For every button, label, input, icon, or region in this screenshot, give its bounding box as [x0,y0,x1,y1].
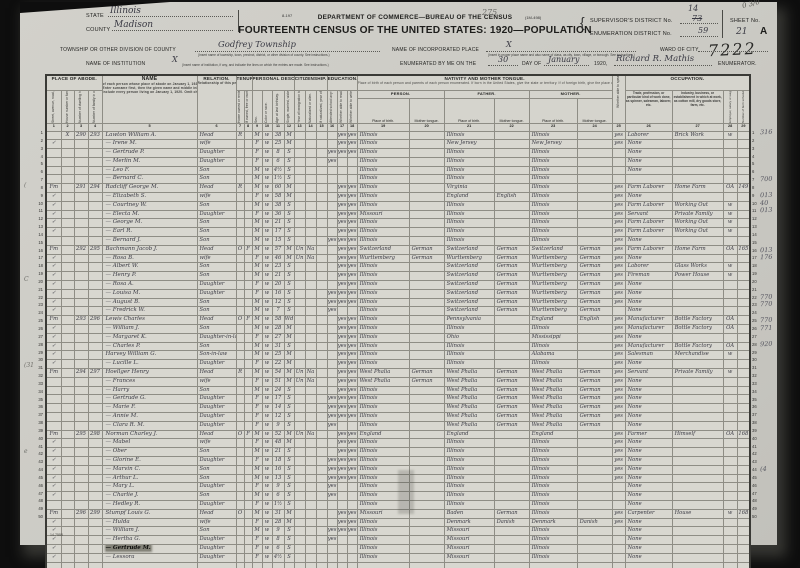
cell [409,483,444,492]
sup-rule [680,23,718,24]
cell: — Hedley R. [102,500,197,509]
cell: F [252,395,262,404]
cell [409,492,444,501]
row-number: 28 [34,341,43,349]
cell: M [252,448,262,457]
cell: 38 [272,131,284,140]
cell: S [284,483,294,492]
cell [236,307,244,316]
margin-note: 316 [760,128,773,136]
cell: 20 [272,281,284,290]
cell [294,281,305,290]
cell: S [284,500,294,509]
cell: Pennsylvania [444,316,494,325]
cell: Daughter [197,404,236,413]
table-row: — Annie M.DaughterFw12SyesyesyesIllinois… [46,413,750,422]
cell: German [577,289,612,298]
cell: M [252,351,262,360]
cell: None [625,289,672,298]
cell [723,536,737,545]
cell: Daughter [197,289,236,298]
cell: German [494,289,529,298]
cell: yes [337,140,347,149]
incplace-label: NAME OF INCORPORATED PLACE [392,47,479,53]
cell [305,351,316,360]
cell [236,544,244,553]
cell: F [252,518,262,527]
cell: Illinois [529,456,577,465]
cell: 291 [74,184,88,193]
cell: West Phalia [529,413,577,422]
cell: ✓ [46,439,61,448]
cell [723,474,737,483]
row-number: 10 [34,200,43,208]
cell [61,483,74,492]
county-value: Madison [114,20,153,30]
cell [305,140,316,149]
cell [494,536,529,545]
cell [305,342,316,351]
cell [294,456,305,465]
cell: w [262,413,272,422]
row-number: 45 [752,474,761,482]
cell: F [252,404,262,413]
table-row: ✓— Courtney W.SonMw38SyesyesIllinoisIlli… [46,201,750,210]
cell: yes [612,342,625,351]
cell: M [252,298,262,307]
cell [236,325,244,334]
cell [244,492,252,501]
cell: M [284,131,294,140]
cell: Daughter [197,360,236,369]
cell [723,254,737,263]
cell [294,342,305,351]
cell [327,448,337,457]
cell [327,140,337,149]
cell [244,474,252,483]
cell [327,175,337,184]
cell: Son [197,492,236,501]
cell [244,237,252,246]
table-row: — Gertrude G.DaughterFw17SyesyesyesIllin… [46,395,750,404]
cell [244,369,252,378]
cell [244,377,252,386]
cell [723,386,737,395]
row-number: 15 [34,239,43,247]
cell: yes [347,386,357,395]
cell [74,562,88,568]
row-number: 16 [34,247,43,255]
cell [294,193,305,202]
table-row: ✓— William J.SonMw28MyesyesIllinoisIllin… [46,325,750,334]
cell [409,184,444,193]
cell: West Phalia [444,413,494,422]
cell: 16 [272,465,284,474]
pencil-mark: e [24,448,28,455]
cell [737,421,750,430]
cell: yes [337,201,347,210]
cell [494,553,529,562]
cell: 14 [272,404,284,413]
cell: F [252,210,262,219]
cell: German [577,245,612,254]
cell: F [252,333,262,342]
cell: German [409,369,444,378]
cell [737,474,750,483]
cell: yes [337,518,347,527]
cell [294,316,305,325]
cell [74,298,88,307]
row-number: 36 [34,403,43,411]
cell: yes [327,307,337,316]
supervisor-district-new: 14 [688,4,698,13]
cell: M [284,140,294,149]
cell: Switzerland [444,281,494,290]
cell [737,562,750,568]
cell: yes [347,369,357,378]
cell: German [494,245,529,254]
cell: Illinois [529,527,577,536]
cell [327,430,337,439]
cell: 36 [272,210,284,219]
cell: w [723,201,737,210]
cell [46,413,61,422]
cell: M [252,175,262,184]
cell [409,157,444,166]
cell: 4½ [272,166,284,175]
cell: None [625,448,672,457]
cell: M [284,325,294,334]
cell [244,210,252,219]
cell: None [625,333,672,342]
cell [494,175,529,184]
state-label: STATE [86,13,104,19]
cell: Illinois [444,483,494,492]
cell [236,140,244,149]
cell [88,166,102,175]
cell: M [284,360,294,369]
cell: M [252,245,262,254]
cell: Illinois [529,492,577,501]
year-label: 1920, [594,61,608,67]
cell [305,175,316,184]
cell [577,483,612,492]
cell [723,166,737,175]
margin-note: 700 [760,175,773,183]
cell [316,430,327,439]
cell [577,527,612,536]
row-number: 48 [34,497,43,505]
cell: S [284,201,294,210]
pencil-mark: (31 [24,362,34,369]
cell [88,492,102,501]
cell [494,237,529,246]
cell [409,509,444,518]
cell: Daughter [197,395,236,404]
cell: Illinois [444,448,494,457]
cell [316,456,327,465]
cell: w [262,228,272,237]
cell [244,263,252,272]
row-number: 39 [752,427,761,435]
cell [672,175,723,184]
cell [494,131,529,140]
cell: yes [612,245,625,254]
cell [294,386,305,395]
cell: w [723,509,737,518]
cell: S [284,536,294,545]
cell [88,421,102,430]
cell [88,413,102,422]
table-row: Fm294297Hoellger HenryHeadRMw54MUnNayesy… [46,369,750,378]
cell [46,395,61,404]
cell: Laborer [625,131,672,140]
cell: F [252,377,262,386]
cell: None [625,166,672,175]
cell: S [284,421,294,430]
sheet-value: 21 [736,27,747,37]
cell [236,518,244,527]
cell: yes [612,219,625,228]
cell [316,281,327,290]
cell: Illinois [357,272,409,281]
cell [294,465,305,474]
cell: yes [347,149,357,158]
cell [88,175,102,184]
cell: yes [347,404,357,413]
cell [409,413,444,422]
cell [244,333,252,342]
cell [244,413,252,422]
cell: Switzerland [444,245,494,254]
row-number: 35 [34,396,43,404]
cell [74,360,88,369]
cell: w [262,298,272,307]
cell [236,272,244,281]
cell: Son [197,228,236,237]
cell: F [244,316,252,325]
cell: w [262,281,272,290]
cell: ✓ [46,263,61,272]
cell: Illinois [444,237,494,246]
row-number: 5 [752,160,761,168]
cell: yes [347,360,357,369]
cell [244,131,252,140]
cell [88,439,102,448]
cell: — Bernard C. [102,175,197,184]
cell: Switzerland [444,272,494,281]
cell [61,184,74,193]
cell: w [723,351,737,360]
row-number: 19 [34,270,43,278]
cell [88,237,102,246]
cell: O [236,245,244,254]
cell [46,166,61,175]
row-number: 21 [34,286,43,294]
cell: yes [347,254,357,263]
cell [612,536,625,545]
cell: 57 [272,245,284,254]
cell: Wurttemberg [529,298,577,307]
cell: M [284,439,294,448]
cell [737,518,750,527]
cell: Un [294,430,305,439]
cell [737,500,750,509]
cell: yes [337,413,347,422]
cell: Illinois [357,439,409,448]
cell [723,500,737,509]
cell [236,465,244,474]
cell: ✓ [46,474,61,483]
cell [305,483,316,492]
cell [236,386,244,395]
institution-label: NAME OF INSTITUTION [86,61,145,67]
cell: F [252,140,262,149]
cell [61,245,74,254]
cell [409,430,444,439]
row-number: 34 [752,388,761,396]
cell: M [284,245,294,254]
cell: F [252,456,262,465]
cell [244,307,252,316]
cell [737,263,750,272]
cell: yes [337,131,347,140]
cell: w [262,175,272,184]
cell [236,562,244,568]
cell [236,500,244,509]
cell [409,518,444,527]
cell: None [625,500,672,509]
cell [61,492,74,501]
row-number: 31 [752,364,761,372]
cell [409,395,444,404]
cell [494,149,529,158]
cell [327,439,337,448]
table-row: ✓Harvey William G.Son-in-lawMw25MyesyesI… [46,351,750,360]
cell: Illinois [357,456,409,465]
cell [46,500,61,509]
cell [74,228,88,237]
cell [737,237,750,246]
cell [236,166,244,175]
cell: West Phalia [529,421,577,430]
cell: Illinois [357,219,409,228]
cell [612,544,625,553]
cell [236,228,244,237]
cell: yes [327,456,337,465]
cell: German [577,298,612,307]
cell: — Merlin M. [102,157,197,166]
cell [305,219,316,228]
cell [294,149,305,158]
cell: Fm [46,509,61,518]
cell: wife [197,254,236,263]
cell [316,210,327,219]
cell [672,333,723,342]
cell: Head [197,509,236,518]
row-number: 42 [752,450,761,458]
cell [74,439,88,448]
cell [337,483,347,492]
cell [577,562,612,568]
cell: Illinois [444,360,494,369]
cell: M [252,492,262,501]
cell [672,157,723,166]
cell [409,298,444,307]
cell: 17 [272,395,284,404]
margin-note: 920 [760,339,773,347]
cell [409,140,444,149]
cell: M [252,465,262,474]
cell: Illinois [444,131,494,140]
cell: Na [305,377,316,386]
cell: Illinois [444,219,494,228]
cell: S [284,456,294,465]
cell: Harvey William G. [102,351,197,360]
cell: Illinois [357,536,409,545]
cell [88,333,102,342]
cell [347,544,357,553]
cell: yes [612,263,625,272]
cell: yes [337,219,347,228]
cell [244,281,252,290]
cell: 48 [272,439,284,448]
cell: w [262,149,272,158]
cell: M [252,342,262,351]
cell: yes [337,325,347,334]
cell: — Marie F. [102,404,197,413]
cell [236,289,244,298]
cell [347,166,357,175]
cell [316,272,327,281]
cell: Salesman [625,351,672,360]
cell: German [577,263,612,272]
cell [305,456,316,465]
row-number: 14 [34,231,43,239]
cell: Illinois [529,149,577,158]
cell: yes [347,509,357,518]
cell: Un [294,369,305,378]
cell: England [444,430,494,439]
cell: Illinois [529,500,577,509]
cell: M [252,369,262,378]
row-number: 41 [34,443,43,451]
cell [737,140,750,149]
cell [74,289,88,298]
cell [316,553,327,562]
cell: Son [197,307,236,316]
cell: M [252,316,262,325]
cell [88,219,102,228]
cell [244,254,252,263]
cell [294,536,305,545]
cell [409,228,444,237]
cell [494,500,529,509]
row-number: 24 [34,309,43,317]
cell [316,254,327,263]
cell [236,421,244,430]
cell: None [625,157,672,166]
cell [737,465,750,474]
table-row: ✓— Rosa B.wifeFw46MUnNayesyesWurttemberg… [46,254,750,263]
cell [316,342,327,351]
cell: yes [347,210,357,219]
cell [327,509,337,518]
cell: None [625,386,672,395]
cell: Switzerland [444,289,494,298]
cell [327,228,337,237]
cell: yes [347,333,357,342]
